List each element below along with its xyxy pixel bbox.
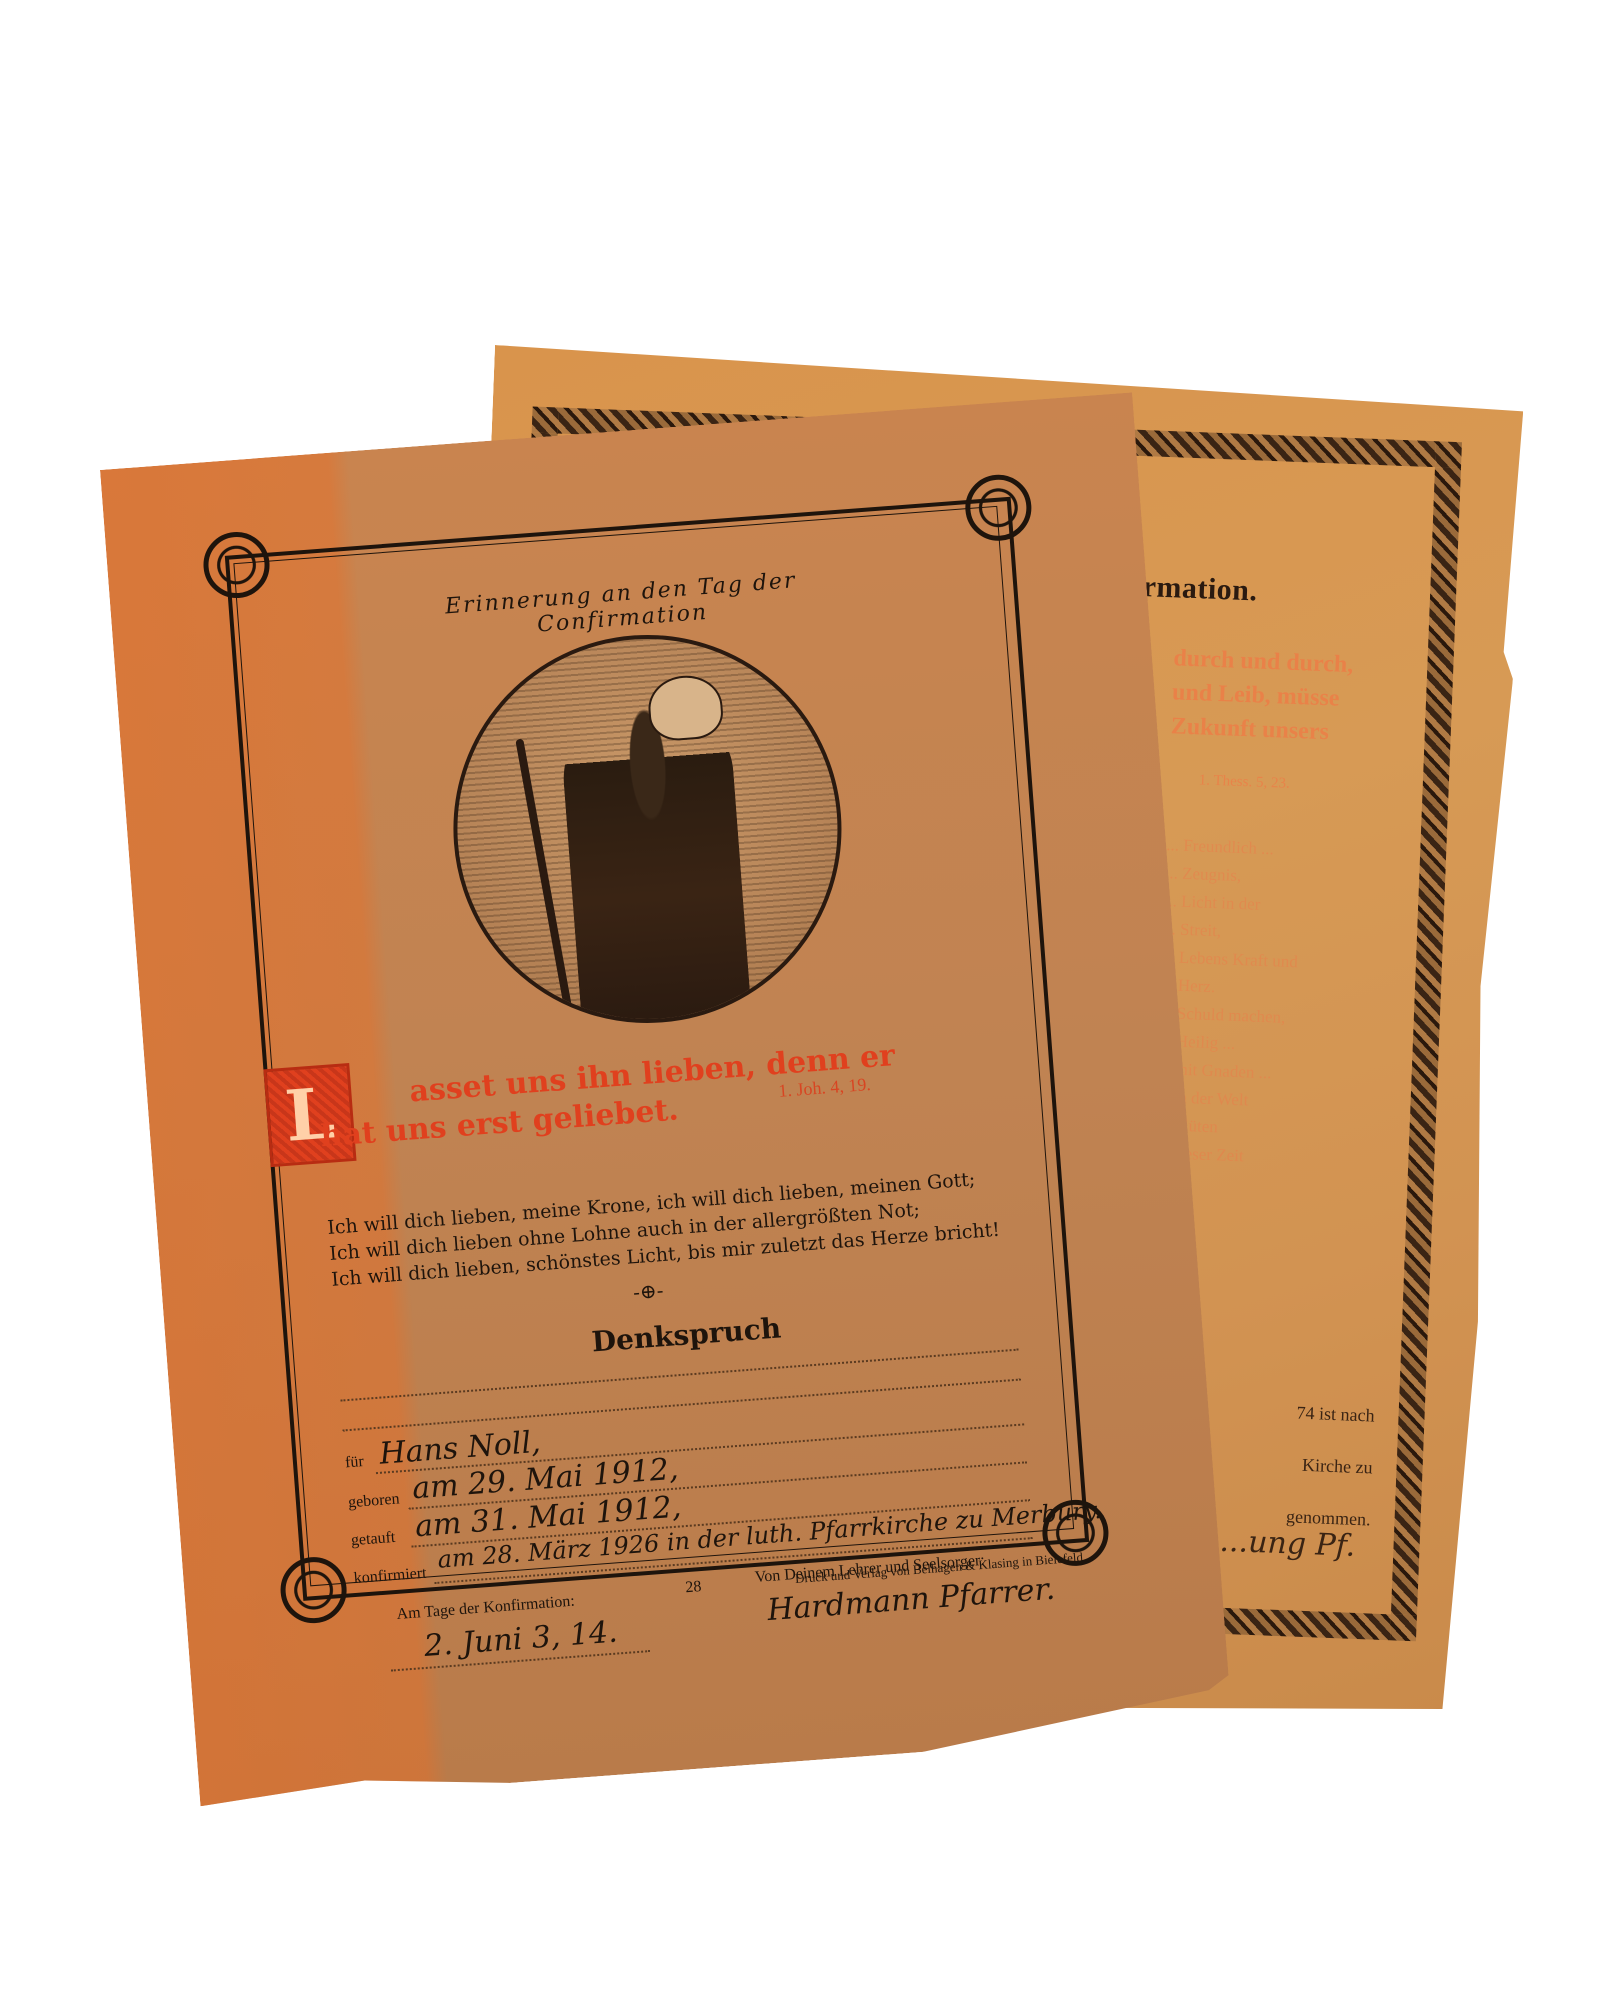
lamb-icon	[646, 673, 725, 742]
shepherd-figure	[558, 693, 752, 1035]
form-fragment: Kirche zu	[1212, 1435, 1374, 1493]
page-number: 28	[685, 1578, 702, 1597]
front-certificate-sheet: Erinnerung an den Tag der Confirmation L…	[100, 392, 1233, 1806]
back-verse: durch und durch, und Leib, müsse Zukunft…	[1170, 641, 1404, 752]
back-verse-reference: 1. Thess. 5, 23.	[1198, 772, 1290, 792]
getauft-label: getauft	[350, 1529, 396, 1550]
form-fragment: 74 ist nach	[1214, 1383, 1376, 1441]
fuer-label: für	[345, 1453, 365, 1472]
back-signature: ...ung Pf.	[1219, 1524, 1356, 1564]
geboren-label: geboren	[347, 1490, 400, 1512]
back-form-fragments: 74 ist nach Kirche zu genommen.	[1210, 1383, 1376, 1545]
divider-ornament-icon: -⊕-	[632, 1278, 664, 1304]
